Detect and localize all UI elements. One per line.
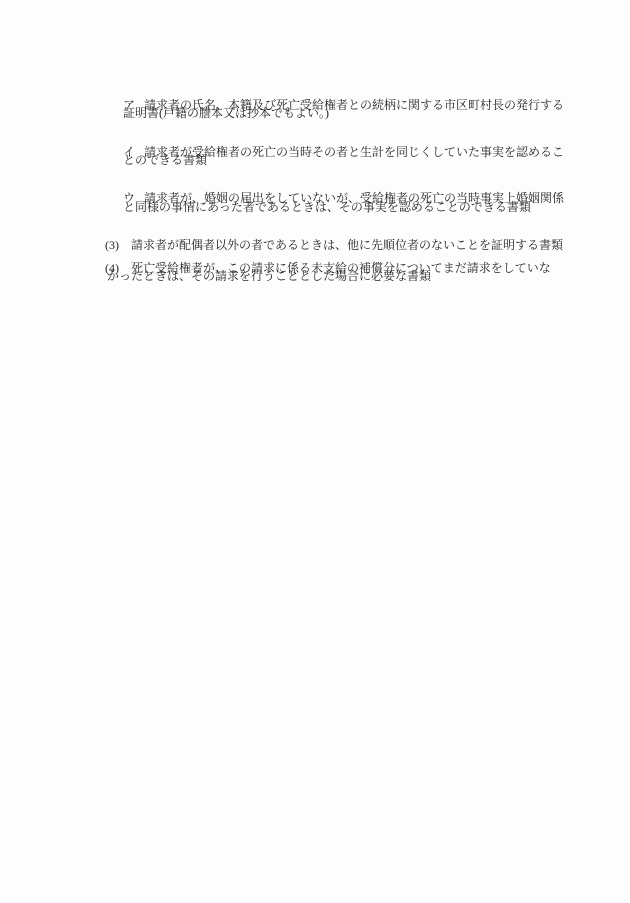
- item-u-text-line-2: と同様の事情にあった者であるときは、その事実を認めることのできる書類: [123, 200, 531, 215]
- item-i-text-line-2: とのできる書類: [123, 153, 207, 168]
- item-a-text-line-2: 証明書(戸籍の謄本又は抄本でもよい。): [123, 106, 329, 121]
- document-page: ア請求者の氏名、本籍及び死亡受給権者との続柄に関する市区町村長の発行する 証明書…: [0, 0, 630, 903]
- item-4-text-line-2: かったときは、その請求を行うこととした場合に必要な書類: [107, 269, 431, 284]
